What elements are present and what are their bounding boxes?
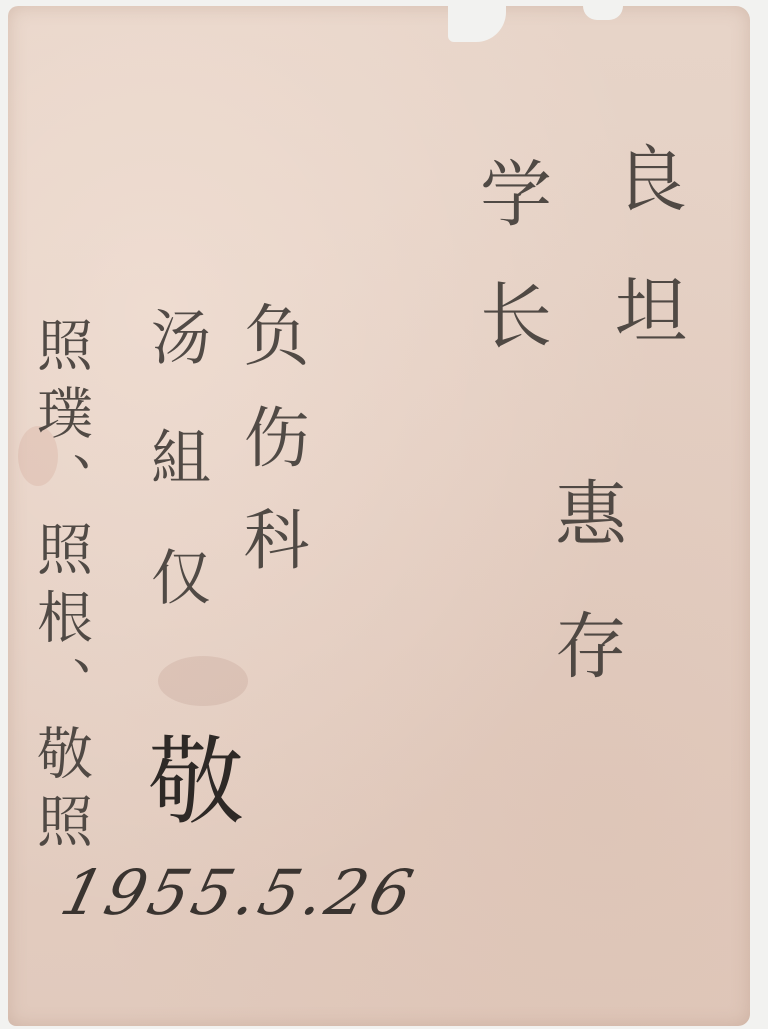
inscription-column-5: 汤組仅 xyxy=(133,306,219,666)
photo-back-card: 良坦 学长 惠存 负伤科 汤組仅 敬 照璞、照根、敬照 1955.5.26 xyxy=(8,6,750,1026)
torn-edge xyxy=(448,6,506,42)
inscription-column-1: 良坦 xyxy=(593,141,697,405)
inscription-column-4: 负伤科 xyxy=(223,301,318,607)
inscription-column-3: 惠存 xyxy=(533,476,637,740)
signature: 敬 xyxy=(148,706,244,843)
inscription-date: 1955.5.26 xyxy=(54,856,424,929)
inscription-column-2: 学长 xyxy=(458,156,562,400)
torn-edge-small xyxy=(583,6,623,20)
inscription-column-6: 照璞、照根、敬照 xyxy=(20,316,100,860)
